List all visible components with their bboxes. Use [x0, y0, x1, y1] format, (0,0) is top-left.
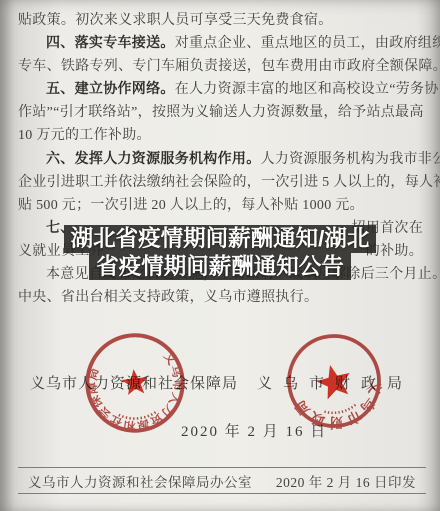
doc-line-text: 企业引进职工并依法缴纳社会保险的，一次引进 5 人以上的，每人补 — [18, 175, 440, 190]
star-icon — [120, 368, 149, 396]
footer-print-date: 2020 年 2 月 16 日印发 — [276, 471, 416, 491]
doc-line: 贴 500 元；一次引进 20 人以上的，每人补贴 1000 元。 — [18, 194, 425, 217]
doc-line-text: 中央、省出台相关支持政策，义乌市遵照执行。 — [18, 290, 318, 305]
doc-line: 四、落实专车接送。对重点企业、重点地区的员工，由政府组织 — [18, 32, 425, 55]
doc-line-text: 贴政策。初次来义求职人员可享受三天免费食宿。 — [18, 13, 333, 28]
doc-line-text: 对重点企业、重点地区的员工，由政府组织 — [175, 36, 440, 51]
footer-office: 义乌市人力资源和社会保障局办公室 — [28, 471, 252, 491]
doc-line: 贴政策。初次来义求职人员可享受三天免费食宿。 — [18, 9, 425, 32]
star-icon — [313, 361, 354, 401]
caption-line-1: 湖北省疫情期间薪酬通知/湖北 — [0, 225, 440, 253]
doc-line: 作站”“引才联络站”，按照为义输送人力资源数量，给予站点最高 — [18, 101, 425, 124]
doc-line-text: 在人力资源丰富的地区和高校设立“劳务协 — [175, 82, 439, 97]
caption-line-2: 省疫情期间薪酬通知公告 — [0, 253, 440, 281]
svg-text:义乌市人力资源和社会保障局: 义乌市人力资源和社会保障局 — [82, 349, 190, 439]
doc-line: 六、发挥人力资源服务机构作用。人力资源服务机构为我市非公 — [18, 148, 425, 171]
doc-heading: 六、发挥人力资源服务机构作用。 — [46, 152, 261, 167]
doc-heading: 五、建立协作网络。 — [46, 82, 175, 97]
doc-line-text: 专车、铁路专列、专门车厢负责接送，包车费用由市政府全额保障。 — [18, 59, 440, 74]
document-footer: 义乌市人力资源和社会保障局办公室 2020 年 2 月 16 日印发 — [18, 467, 426, 494]
doc-line: 10 万元的工作补助。 — [18, 124, 425, 147]
seal-arc-text: 义乌市人力资源和社会保障局 — [82, 349, 190, 439]
caption-overlay: 湖北省疫情期间薪酬通知/湖北 省疫情期间薪酬通知公告 — [0, 225, 440, 280]
doc-line: 中央、省出台相关支持政策，义乌市遵照执行。 — [18, 286, 425, 309]
doc-line-text: 人力资源服务机构为我市非公 — [261, 152, 440, 167]
doc-line-text: 作站”“引才联络站”，按照为义输送人力资源数量，给予站点最高 — [18, 105, 424, 120]
doc-line-text: 10 万元的工作补助。 — [18, 128, 151, 143]
official-seal-hr-bureau: 义乌市人力资源和社会保障局 — [77, 325, 193, 441]
doc-line-text: 贴 500 元；一次引进 20 人以上的，每人补贴 1000 元。 — [18, 198, 364, 213]
doc-heading: 四、落实专车接送。 — [46, 36, 175, 51]
doc-line: 五、建立协作网络。在人力资源丰富的地区和高校设立“劳务协 — [18, 78, 425, 101]
doc-line: 专车、铁路专列、专门车厢负责接送，包车费用由市政府全额保障。 — [18, 55, 425, 78]
doc-line: 企业引进职工并依法缴纳社会保险的，一次引进 5 人以上的，每人补 — [18, 171, 425, 194]
